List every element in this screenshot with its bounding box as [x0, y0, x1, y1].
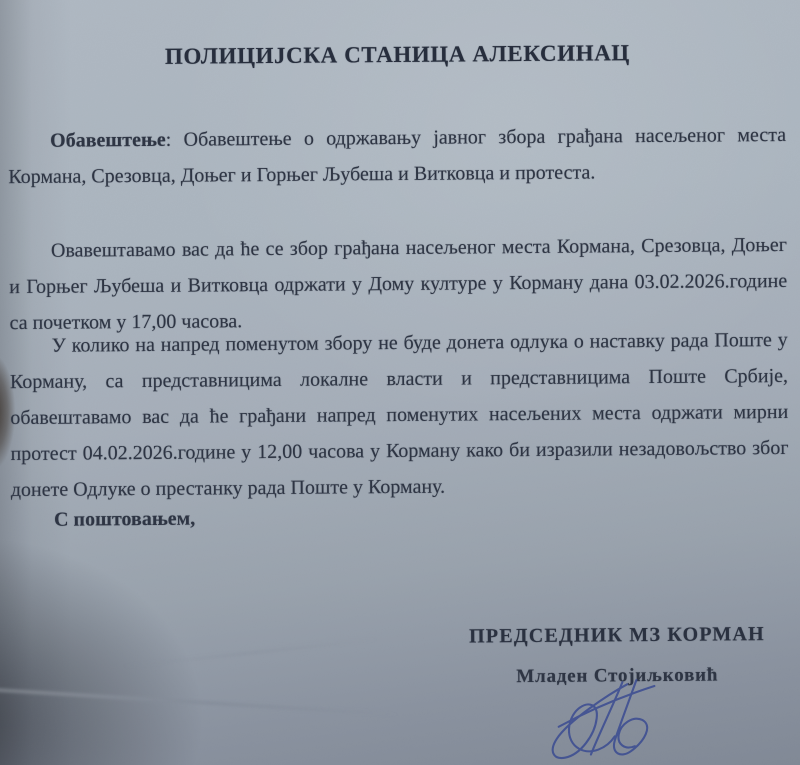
protest-paragraph: У колико на напред поменутом збору не бу… — [10, 322, 789, 508]
letter-content: ПОЛИЦИЈСКА СТАНИЦА АЛЕКСИНАЦ Обавештење:… — [0, 0, 800, 765]
notice-label: Обавештење — [50, 129, 166, 152]
notice-paragraph: Обавештење: Обавештење о одржавању јавно… — [8, 117, 787, 195]
signatory-title: ПРЕДСЕДНИК МЗ КОРМАН — [454, 623, 780, 649]
closing-salutation: С поштовањем, — [54, 508, 195, 532]
page-title: ПОЛИЦИЈСКА СТАНИЦА АЛЕКСИНАЦ — [0, 39, 798, 71]
document-photo: ПОЛИЦИЈСКА СТАНИЦА АЛЕКСИНАЦ Обавештење:… — [0, 0, 800, 765]
handwritten-signature-icon — [530, 676, 681, 763]
